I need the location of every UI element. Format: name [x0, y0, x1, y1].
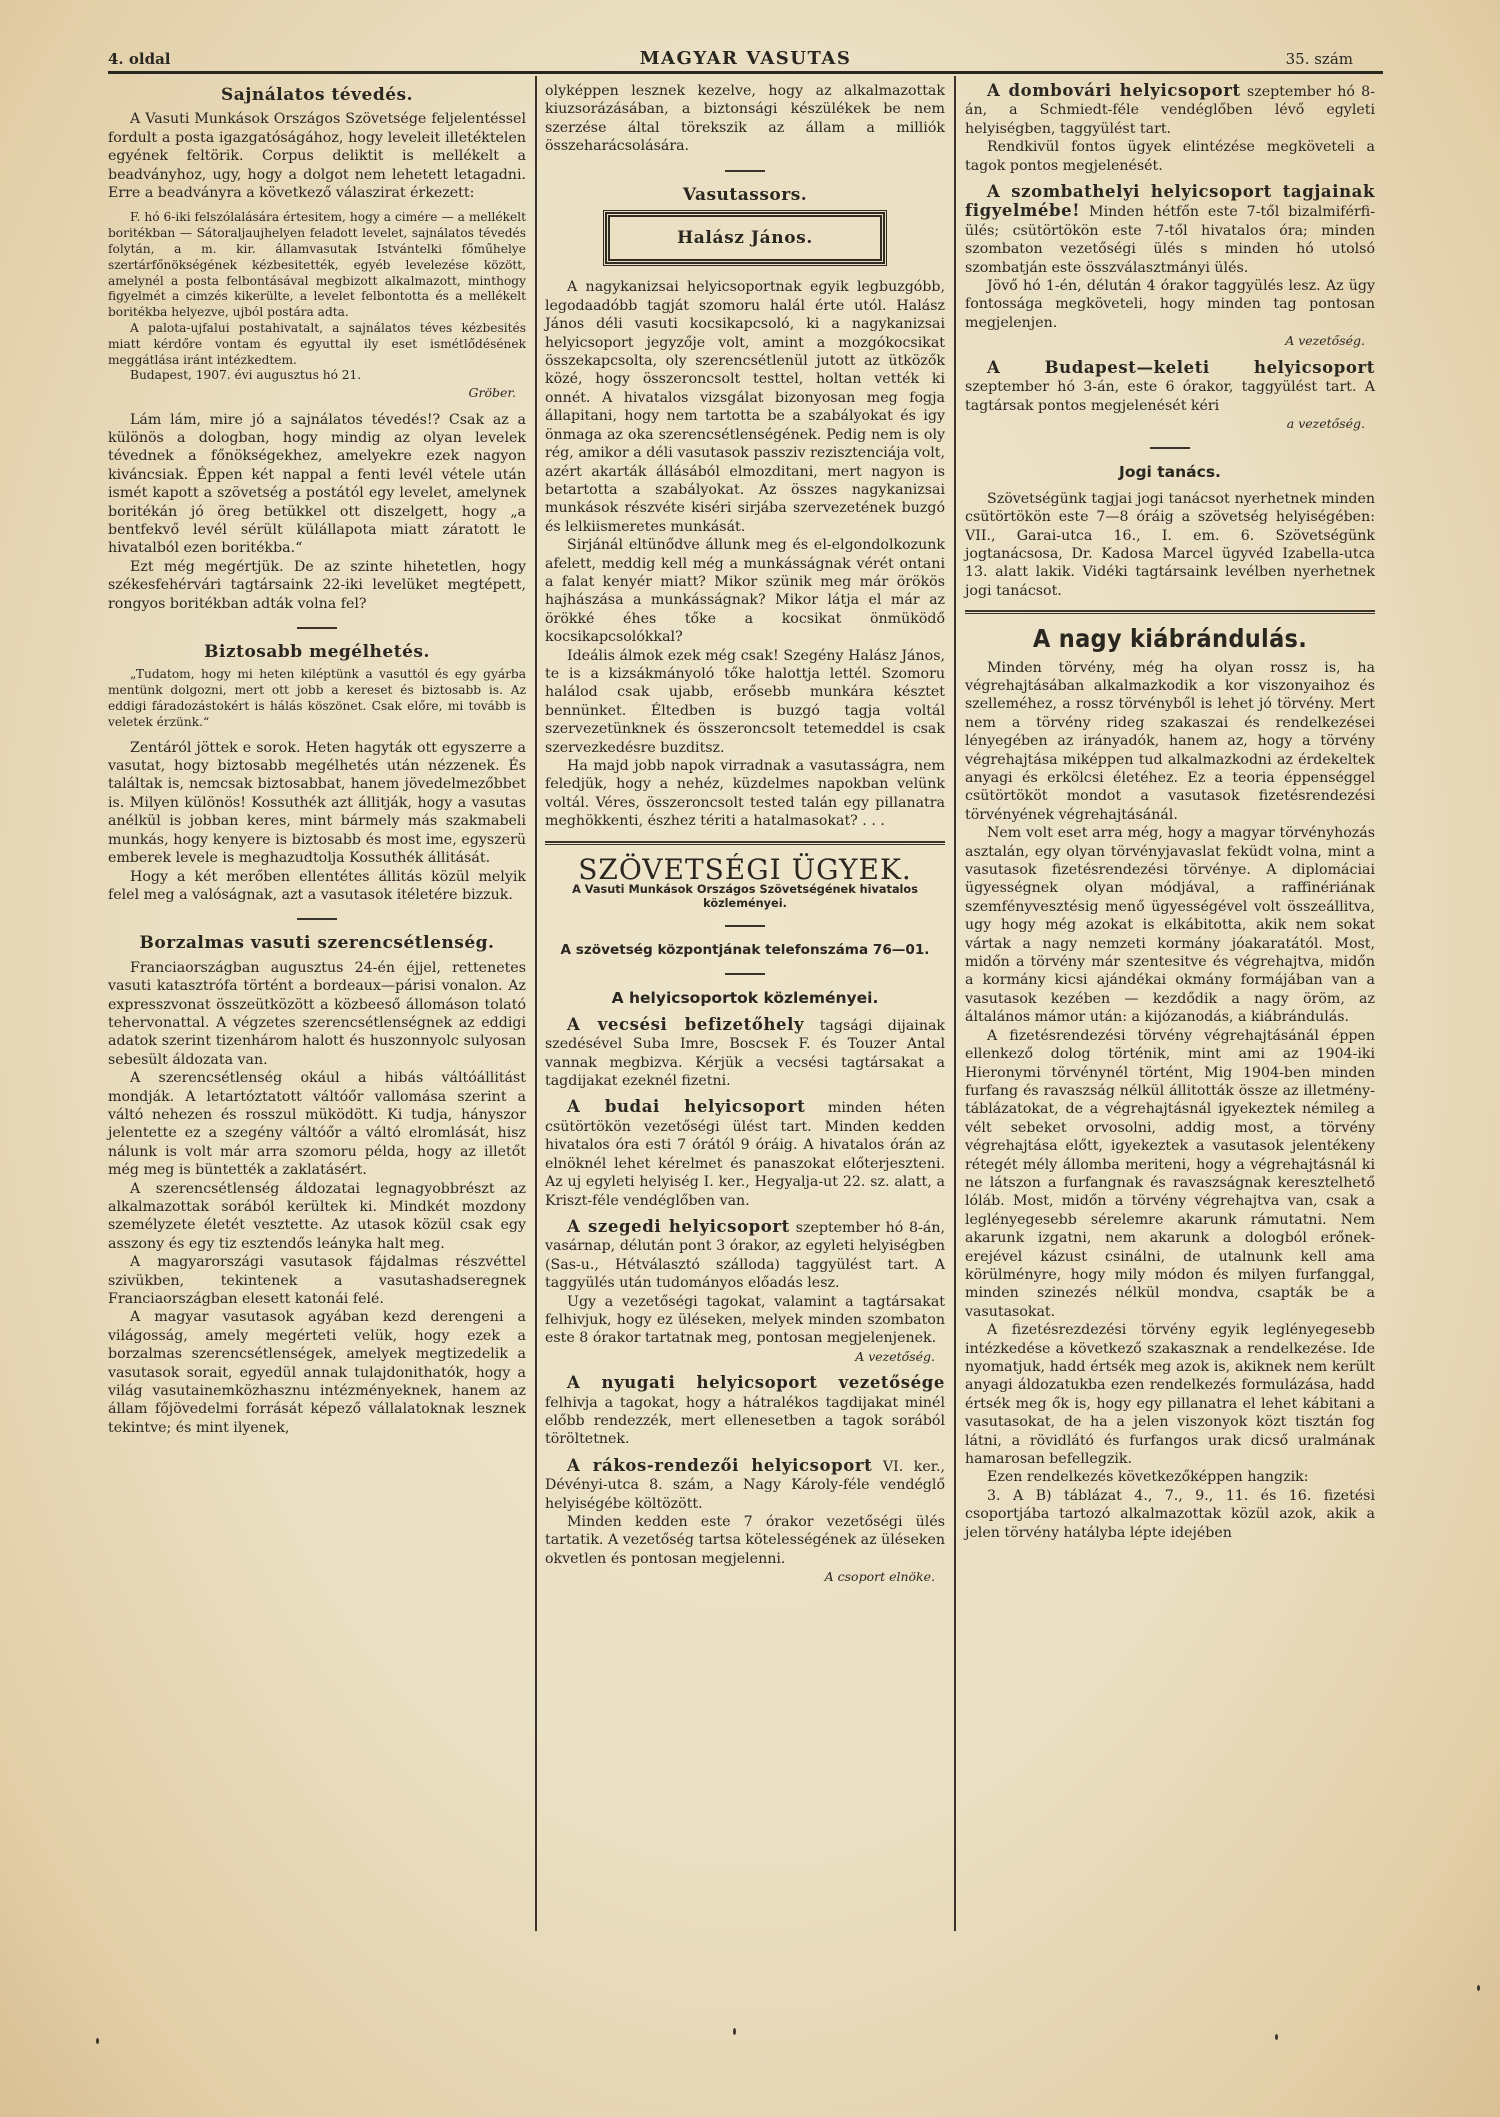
- column-divider: [535, 76, 537, 1931]
- section-subtitle: A Vasuti Munkások Országos Szövetségének…: [545, 883, 945, 911]
- article-paragraph: Zentáról jöttek e sorok. Heten hagyták o…: [108, 739, 526, 868]
- article-paragraph: A fizetésrendezési törvény végrehajtásán…: [965, 1027, 1375, 1322]
- section-title: SZÖVETSÉGI ÜGYEK.: [545, 861, 945, 879]
- article-paragraph: Szövetségünk tagjai jogi tanácsot nyerhe…: [965, 490, 1375, 600]
- column-left: Sajnálatos tévedés. A Vasuti Munkások Or…: [108, 82, 526, 1437]
- letter-date: Budapest, 1907. évi augusztus hó 21.: [108, 368, 526, 384]
- separator: [725, 973, 765, 975]
- quoted-letter: F. hó 6-iki felszólalására értesitem, ho…: [108, 210, 526, 321]
- quoted-letter: A palota-ujfalui postahivatalt, a sajnál…: [108, 321, 526, 368]
- article-vasutassors: Vasutassors. Halász János. A nagykanizsa…: [545, 186, 945, 831]
- section-szovetsegi-ugyek: SZÖVETSÉGI ÜGYEK. A Vasuti Munkások Orsz…: [545, 861, 945, 1587]
- paper-title: MAGYAR VASUTAS: [108, 48, 1383, 69]
- article-paragraph: 3. A B) táblázat 4., 7., 9., 11. és 16. …: [965, 1487, 1375, 1542]
- notice-dombovari: A dombovári helyicsoport szeptember hó 8…: [965, 82, 1375, 138]
- article-sajnalatos-tevedes: Sajnálatos tévedés. A Vasuti Munkások Or…: [108, 86, 526, 613]
- article-paragraph: A Vasuti Munkások Országos Szövetsége fe…: [108, 110, 526, 202]
- article-title: A nagy kiábrándulás.: [965, 630, 1375, 648]
- notice-nyugati: A nyugati helyicsoport vezetősége felhiv…: [545, 1374, 945, 1449]
- article-paragraph: A szerencsétlenség áldozatai legnagyobbr…: [108, 1180, 526, 1254]
- section-jogi-tanacs: Jogi tanács. Szövetségünk tagjai jogi ta…: [965, 463, 1375, 600]
- article-paragraph: Lám lám, mire jó a sajnálatos tévedés!? …: [108, 411, 526, 558]
- newspaper-page: 4. oldal MAGYAR VASUTAS 35. szám Sajnála…: [108, 0, 1383, 1960]
- quoted-letter: „Tudatom, hogy mi heten kiléptünk a vasu…: [108, 667, 526, 730]
- notice-vecses: A vecsési befizetőhely tagsági dijainak …: [545, 1016, 945, 1091]
- issue-number: 35. szám: [1286, 50, 1353, 68]
- notice-rakos-rendezoi: A rákos-rendezői helyicsoport VI. ker., …: [545, 1457, 945, 1513]
- article-paragraph: A magyar vasutasok agyában kezd derengen…: [108, 1308, 526, 1437]
- article-paragraph: Ideális álmok ezek még csak! Szegény Hal…: [545, 647, 945, 757]
- article-paragraph: A magyarországi vasutasok fájdalmas rész…: [108, 1253, 526, 1308]
- notice-extra: Minden kedden este 7 órakor vezetőségi ü…: [545, 1513, 945, 1568]
- separator: [725, 925, 765, 927]
- paper-speck: [96, 2038, 99, 2044]
- letter-signature: Gröber.: [108, 384, 526, 402]
- article-paragraph: Minden törvény, még ha olyan rossz is, h…: [965, 659, 1375, 825]
- column-divider: [954, 76, 956, 1931]
- column-middle: olyképpen lesznek kezelve, hogy az alkal…: [545, 82, 945, 1587]
- article-paragraph: A nagykanizsai helyicsoportnak egyik leg…: [545, 278, 945, 536]
- notice-szombathelyi: A szombathelyi helyicsoport tagjainak fi…: [965, 183, 1375, 277]
- article-continuation: olyképpen lesznek kezelve, hogy az alkal…: [545, 82, 945, 156]
- column-right: A dombovári helyicsoport szeptember hó 8…: [965, 82, 1375, 1542]
- double-rule: [545, 841, 945, 845]
- article-title: Sajnálatos tévedés.: [108, 86, 526, 104]
- separator: [725, 170, 765, 172]
- article-paragraph: A fizetésrezdezési törvény egyik leglény…: [965, 1321, 1375, 1468]
- article-title: Vasutassors.: [545, 186, 945, 204]
- masthead: 4. oldal MAGYAR VASUTAS 35. szám: [108, 44, 1383, 74]
- separator: [297, 918, 337, 920]
- article-paragraph: Ezen rendelkezés következőképpen hangzik…: [965, 1468, 1375, 1486]
- article-paragraph: Ezt még megértjük. De az szinte hihetetl…: [108, 558, 526, 613]
- notice-signature: A vezetőség.: [965, 332, 1375, 350]
- obituary-name-box: Halász János.: [605, 212, 885, 264]
- notice-signature: a vezetőség.: [965, 415, 1375, 433]
- paper-speck: [733, 2028, 736, 2035]
- separator: [1150, 447, 1190, 449]
- phone-number-line: A szövetség központjának telefonszáma 76…: [545, 941, 945, 959]
- paper-speck: [1275, 2034, 1278, 2040]
- notice-budai: A budai helyicsoport minden héten csütör…: [545, 1098, 945, 1209]
- notice-signature: A csoport elnöke.: [545, 1568, 945, 1586]
- article-nagy-kiabrandulas: A nagy kiábrándulás. Minden törvény, még…: [965, 630, 1375, 1542]
- section-title: Jogi tanács.: [965, 463, 1375, 481]
- article-paragraph: Nem volt eset arra még, hogy a magyar tö…: [965, 824, 1375, 1026]
- notice-budapest-keleti: A Budapest—keleti helyicsoport szeptembe…: [965, 359, 1375, 415]
- article-title: Biztosabb megélhetés.: [108, 643, 526, 661]
- article-paragraph: Franciaországban augusztus 24-én éjjel, …: [108, 959, 526, 1069]
- separator: [297, 627, 337, 629]
- article-biztosabb-megelhetes: Biztosabb megélhetés. „Tudatom, hogy mi …: [108, 643, 526, 904]
- notice-extra: Rendkivül fontos ügyek elintézése megköv…: [965, 138, 1375, 175]
- article-borzalmas-szerencsetlenseg: Borzalmas vasuti szerencsétlenség. Franc…: [108, 934, 526, 1437]
- notice-extra: Jövő hó 1-én, délután 4 órakor taggyülés…: [965, 277, 1375, 332]
- notice-signature: A vezetőség.: [545, 1348, 945, 1366]
- double-rule: [965, 610, 1375, 614]
- article-paragraph: Sirjánál eltünődve állunk meg és el-elgo…: [545, 536, 945, 646]
- notice-extra: Ugy a vezetőségi tagokat, valamint a tag…: [545, 1293, 945, 1348]
- article-paragraph: Ha majd jobb napok virradnak a vasutassá…: [545, 757, 945, 831]
- article-paragraph: Hogy a két merőben ellentétes állitás kö…: [108, 868, 526, 905]
- local-groups-heading: A helyicsoportok közleményei.: [545, 989, 945, 1007]
- article-title: Borzalmas vasuti szerencsétlenség.: [108, 934, 526, 952]
- article-paragraph: A szerencsétlenség okául a hibás váltóál…: [108, 1069, 526, 1179]
- notice-szegedi: A szegedi helyicsoport szeptember hó 8-á…: [545, 1218, 945, 1293]
- paper-speck: [1477, 1985, 1480, 1991]
